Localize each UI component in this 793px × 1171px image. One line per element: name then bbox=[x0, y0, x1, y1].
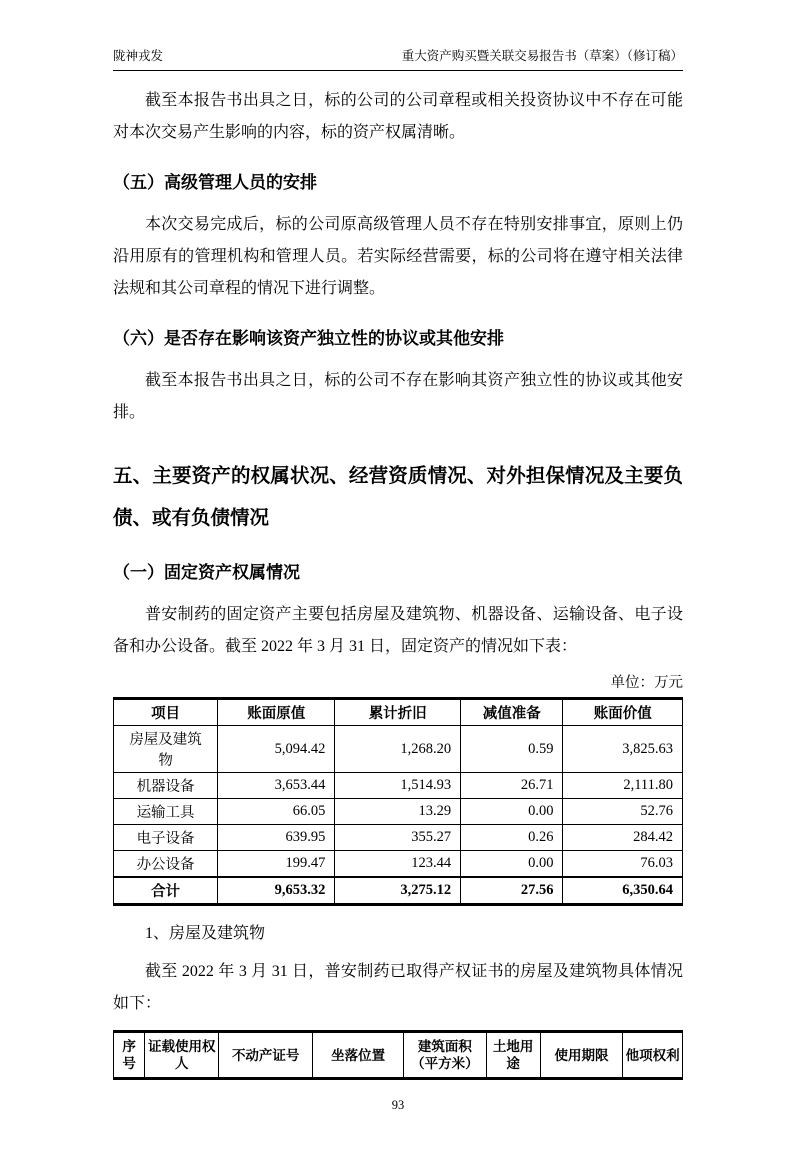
cell-total-value: 27.56 bbox=[461, 877, 563, 905]
cell-value: 2,111.80 bbox=[563, 773, 683, 799]
cell-value: 1,268.20 bbox=[335, 726, 461, 773]
paragraph-section-1: 普安制药的固定资产主要包括房屋及建筑物、机器设备、运输设备、电子设备和办公设备。… bbox=[113, 599, 683, 663]
table-row: 房屋及建筑物 5,094.42 1,268.20 0.59 3,825.63 bbox=[114, 726, 683, 773]
cell-value: 1,514.93 bbox=[335, 773, 461, 799]
page-footer: 93 bbox=[113, 1080, 683, 1171]
header-company: 陇神戎发 bbox=[113, 46, 163, 64]
cell-value: 0.00 bbox=[461, 799, 563, 825]
page-header: 陇神戎发 重大资产购买暨关联交易报告书（草案）（修订稿） bbox=[113, 46, 683, 71]
column-header-serial-number: 序号 bbox=[114, 1032, 145, 1079]
column-header-accumulated-depreciation: 累计折旧 bbox=[335, 699, 461, 726]
cell-value: 199.47 bbox=[218, 851, 335, 878]
unit-label: 单位：万元 bbox=[113, 673, 683, 693]
cell-item: 运输工具 bbox=[114, 799, 218, 825]
page-number: 93 bbox=[392, 1098, 405, 1112]
cell-value: 3,825.63 bbox=[563, 726, 683, 773]
column-header-book-value: 账面价值 bbox=[563, 699, 683, 726]
header-report-title: 重大资产购买暨关联交易报告书（草案）（修订稿） bbox=[402, 46, 683, 64]
page-content: 截至本报告书出具之日，标的公司的公司章程或相关投资协议中不存在可能对本次交易产生… bbox=[113, 71, 683, 1080]
cell-value: 76.03 bbox=[563, 851, 683, 878]
paragraph-subitem-1: 截至 2022 年 3 月 31 日，普安制药已取得产权证书的房屋及建筑物具体情… bbox=[113, 956, 683, 1020]
table-total-row: 合计 9,653.32 3,275.12 27.56 6,350.64 bbox=[114, 877, 683, 905]
document-page: 陇神戎发 重大资产购买暨关联交易报告书（草案）（修订稿） 截至本报告书出具之日，… bbox=[0, 0, 793, 1171]
cell-value: 5,094.42 bbox=[218, 726, 335, 773]
cell-value: 52.76 bbox=[563, 799, 683, 825]
column-header-item: 项目 bbox=[114, 699, 218, 726]
heading-chapter-5-major-assets: 五、主要资产的权属状况、经营资质情况、对外担保情况及主要负债、或有负债情况 bbox=[113, 455, 683, 539]
paragraph-section-6: 截至本报告书出具之日，标的公司不存在影响其资产独立性的协议或其他安排。 bbox=[113, 365, 683, 429]
table-row: 运输工具 66.05 13.29 0.00 52.76 bbox=[114, 799, 683, 825]
cell-total-label: 合计 bbox=[114, 877, 218, 905]
cell-value: 0.00 bbox=[461, 851, 563, 878]
fixed-assets-table: 项目 账面原值 累计折旧 减值准备 账面价值 房屋及建筑物 5,094.42 1… bbox=[113, 697, 683, 906]
table-row: 电子设备 639.95 355.27 0.26 284.42 bbox=[114, 825, 683, 851]
cell-item: 机器设备 bbox=[114, 773, 218, 799]
cell-value: 3,653.44 bbox=[218, 773, 335, 799]
column-header-original-value: 账面原值 bbox=[218, 699, 335, 726]
column-header-other-rights: 他项权利 bbox=[623, 1032, 683, 1079]
property-certificates-table: 序号 证载使用权人 不动产证号 坐落位置 建筑面积 （平方米） 土地用途 使用期… bbox=[113, 1030, 683, 1080]
table-header-row: 序号 证载使用权人 不动产证号 坐落位置 建筑面积 （平方米） 土地用途 使用期… bbox=[114, 1032, 683, 1079]
column-header-certificate-number: 不动产证号 bbox=[219, 1032, 313, 1079]
heading-subitem-1-buildings: 1、房屋及建筑物 bbox=[113, 918, 683, 950]
cell-value: 0.26 bbox=[461, 825, 563, 851]
table-row: 机器设备 3,653.44 1,514.93 26.71 2,111.80 bbox=[114, 773, 683, 799]
column-header-certificate-holder: 证载使用权人 bbox=[145, 1032, 219, 1079]
cell-total-value: 6,350.64 bbox=[563, 877, 683, 905]
column-header-building-area: 建筑面积 （平方米） bbox=[404, 1032, 487, 1079]
cell-value: 284.42 bbox=[563, 825, 683, 851]
table-header-row: 项目 账面原值 累计折旧 减值准备 账面价值 bbox=[114, 699, 683, 726]
cell-total-value: 9,653.32 bbox=[218, 877, 335, 905]
cell-item: 电子设备 bbox=[114, 825, 218, 851]
cell-value: 13.29 bbox=[335, 799, 461, 825]
column-header-use-period: 使用期限 bbox=[540, 1032, 623, 1079]
heading-section-1-fixed-assets: （一）固定资产权属情况 bbox=[113, 561, 683, 585]
paragraph-section-5: 本次交易完成后，标的公司原高级管理人员不存在特别安排事宜，原则上仍沿用原有的管理… bbox=[113, 209, 683, 305]
cell-value: 639.95 bbox=[218, 825, 335, 851]
cell-total-value: 3,275.12 bbox=[335, 877, 461, 905]
heading-section-6-independence: （六）是否存在影响该资产独立性的协议或其他安排 bbox=[113, 327, 683, 351]
column-header-location: 坐落位置 bbox=[313, 1032, 404, 1079]
column-header-impairment: 减值准备 bbox=[461, 699, 563, 726]
heading-section-5-senior-management: （五）高级管理人员的安排 bbox=[113, 171, 683, 195]
cell-value: 66.05 bbox=[218, 799, 335, 825]
cell-value: 0.59 bbox=[461, 726, 563, 773]
paragraph-asset-ownership: 截至本报告书出具之日，标的公司的公司章程或相关投资协议中不存在可能对本次交易产生… bbox=[113, 85, 683, 149]
cell-item: 办公设备 bbox=[114, 851, 218, 878]
cell-item: 房屋及建筑物 bbox=[114, 726, 218, 773]
cell-value: 123.44 bbox=[335, 851, 461, 878]
cell-value: 355.27 bbox=[335, 825, 461, 851]
column-header-land-use: 土地用途 bbox=[486, 1032, 540, 1079]
table-row: 办公设备 199.47 123.44 0.00 76.03 bbox=[114, 851, 683, 878]
cell-value: 26.71 bbox=[461, 773, 563, 799]
